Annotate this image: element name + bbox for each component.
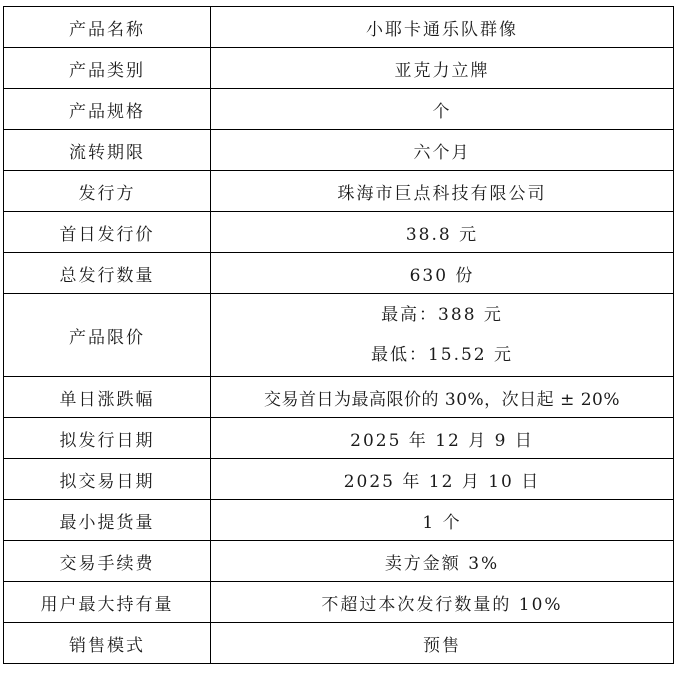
row-label: 产品名称 [4,7,211,48]
row-value: 六个月 [211,130,674,171]
table-row-total-quantity: 总发行数量 630 份 [4,253,674,294]
row-label: 产品规格 [4,89,211,130]
table-row-first-day-price: 首日发行价 38.8 元 [4,212,674,253]
row-value: 卖方金额 3% [211,541,674,582]
row-label: 流转期限 [4,130,211,171]
row-value: 珠海市巨点科技有限公司 [211,171,674,212]
table-row-sales-mode: 销售模式 预售 [4,623,674,664]
row-label: 单日涨跌幅 [4,377,211,418]
price-min: 最低：15.52 元 [211,335,673,375]
row-value: 2025 年 12 月 10 日 [211,459,674,500]
row-value: 预售 [211,623,674,664]
row-value: 38.8 元 [211,212,674,253]
row-label: 拟交易日期 [4,459,211,500]
table-row-max-holding: 用户最大持有量 不超过本次发行数量的 10% [4,582,674,623]
row-label: 发行方 [4,171,211,212]
row-label: 首日发行价 [4,212,211,253]
row-value: 最高：388 元 最低：15.52 元 [211,294,674,377]
row-value: 个 [211,89,674,130]
row-value: 630 份 [211,253,674,294]
row-label: 产品限价 [4,294,211,377]
row-label: 销售模式 [4,623,211,664]
price-max: 最高：388 元 [211,295,673,335]
row-value: 不超过本次发行数量的 10% [211,582,674,623]
product-info-table: 产品名称 小耶卡通乐队群像 产品类别 亚克力立牌 产品规格 个 流转期限 六个月… [3,6,674,664]
row-label: 用户最大持有量 [4,582,211,623]
table-row-product-name: 产品名称 小耶卡通乐队群像 [4,7,674,48]
table-row-circulation-period: 流转期限 六个月 [4,130,674,171]
row-label: 总发行数量 [4,253,211,294]
table-row-product-category: 产品类别 亚克力立牌 [4,48,674,89]
row-value: 交易首日为最高限价的 30%，次日起 ± 20% [211,377,674,418]
table-row-min-pickup: 最小提货量 1 个 [4,500,674,541]
table-row-daily-change: 单日涨跌幅 交易首日为最高限价的 30%，次日起 ± 20% [4,377,674,418]
table-row-price-limit: 产品限价 最高：388 元 最低：15.52 元 [4,294,674,377]
row-value: 1 个 [211,500,674,541]
row-value: 小耶卡通乐队群像 [211,7,674,48]
row-value: 2025 年 12 月 9 日 [211,418,674,459]
row-label: 最小提货量 [4,500,211,541]
row-label: 拟发行日期 [4,418,211,459]
row-label: 产品类别 [4,48,211,89]
table-row-trading-fee: 交易手续费 卖方金额 3% [4,541,674,582]
row-label: 交易手续费 [4,541,211,582]
table-row-issuer: 发行方 珠海市巨点科技有限公司 [4,171,674,212]
table-row-trade-date: 拟交易日期 2025 年 12 月 10 日 [4,459,674,500]
table-row-product-spec: 产品规格 个 [4,89,674,130]
table-row-issue-date: 拟发行日期 2025 年 12 月 9 日 [4,418,674,459]
row-value: 亚克力立牌 [211,48,674,89]
